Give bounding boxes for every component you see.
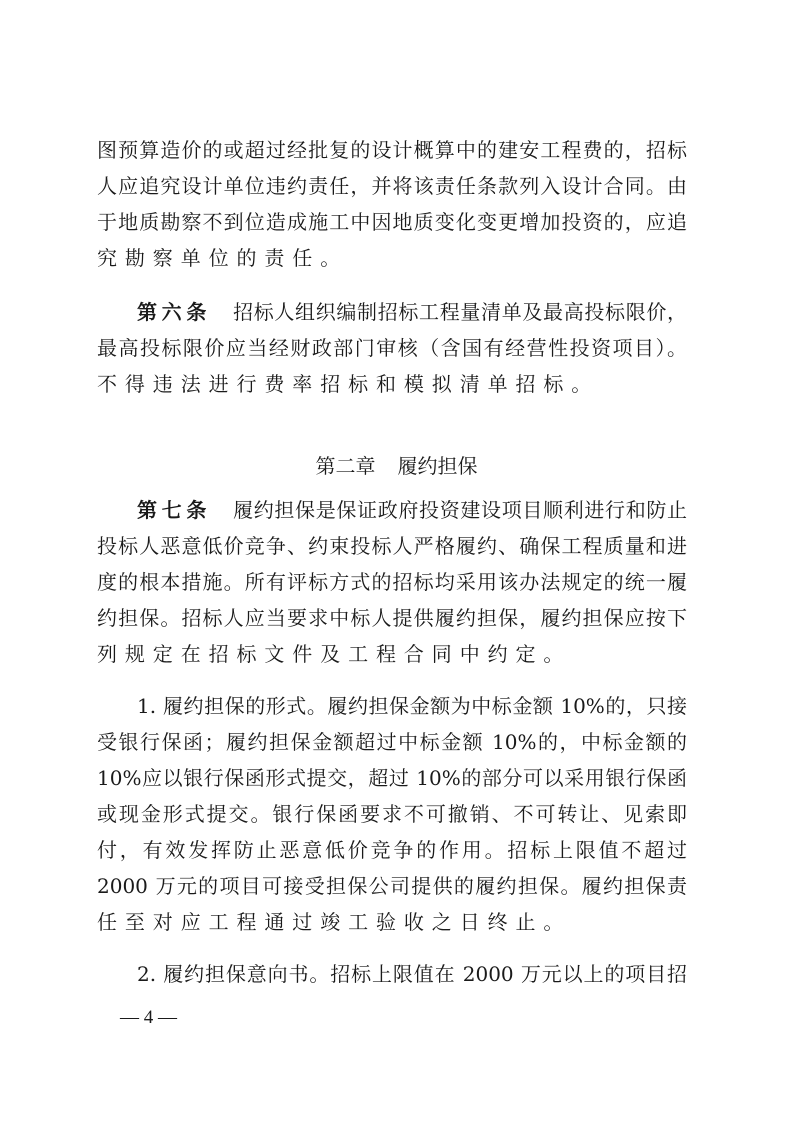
body-text-line: 图预算造价的或超过经批复的设计概算中的建安工程费的，招标 <box>97 132 687 168</box>
body-text-line: 付，有效发挥防止恶意低价竞争的作用。招标上限值不超过 <box>97 832 687 868</box>
body-text-line: 或现金形式提交。银行保函要求不可撤销、不可转让、见索即 <box>97 796 687 832</box>
body-text-line: 不得违法进行费率招标和模拟清单招标。 <box>97 366 687 402</box>
body-text-line: 究勘察单位的责任。 <box>97 240 687 276</box>
page-number: — 4 — <box>120 1004 177 1032</box>
body-text-line: 约担保。招标人应当要求中标人提供履约担保，履约担保应按下 <box>97 600 687 636</box>
body-text-line: 2000 万元的项目可接受担保公司提供的履约担保。履约担保责 <box>97 868 687 904</box>
body-text: 履约担保是保证政府投资建设项目顺利进行和防止 <box>233 498 687 522</box>
body-text-line: 于地质勘察不到位造成施工中因地质变化变更增加投资的，应追 <box>97 204 687 240</box>
item-2-first-line: 2. 履约担保意向书。招标上限值在 2000 万元以上的项目招 <box>137 956 687 992</box>
body-text-line: 人应追究设计单位违约责任，并将该责任条款列入设计合同。由 <box>97 168 687 204</box>
chapter-title: 履约担保 <box>398 454 478 478</box>
body-text-line: 列规定在招标文件及工程合同中约定。 <box>97 636 687 672</box>
body-text: 招标人组织编制招标工程量清单及最高投标限价， <box>233 300 687 324</box>
body-text-line: 投标人恶意低价竞争、约束投标人严格履约、确保工程质量和进 <box>97 528 687 564</box>
document-page: 图预算造价的或超过经批复的设计概算中的建安工程费的，招标 人应追究设计单位违约责… <box>0 0 793 1122</box>
body-text-line: 10%应以银行保函形式提交，超过 10%的部分可以采用银行保函 <box>97 760 687 796</box>
chapter-heading: 第二章履约担保 <box>0 448 793 484</box>
body-text-line: 最高投标限价应当经财政部门审核（含国有经营性投资项目）。 <box>97 330 687 366</box>
item-1-first-line: 1. 履约担保的形式。履约担保金额为中标金额 10%的，只接 <box>137 688 687 724</box>
article-6-first-line: 第六条 招标人组织编制招标工程量清单及最高投标限价， <box>137 294 687 330</box>
body-text-line: 度的根本措施。所有评标方式的招标均采用该办法规定的统一履 <box>97 564 687 600</box>
chapter-number: 第二章 <box>316 454 376 478</box>
body-text-line: 受银行保函；履约担保金额超过中标金额 10%的，中标金额的 <box>97 724 687 760</box>
article-label: 第七条 <box>137 498 211 522</box>
article-7-first-line: 第七条 履约担保是保证政府投资建设项目顺利进行和防止 <box>137 492 687 528</box>
body-text-line: 任至对应工程通过竣工验收之日终止。 <box>97 904 687 940</box>
article-label: 第六条 <box>137 300 211 324</box>
